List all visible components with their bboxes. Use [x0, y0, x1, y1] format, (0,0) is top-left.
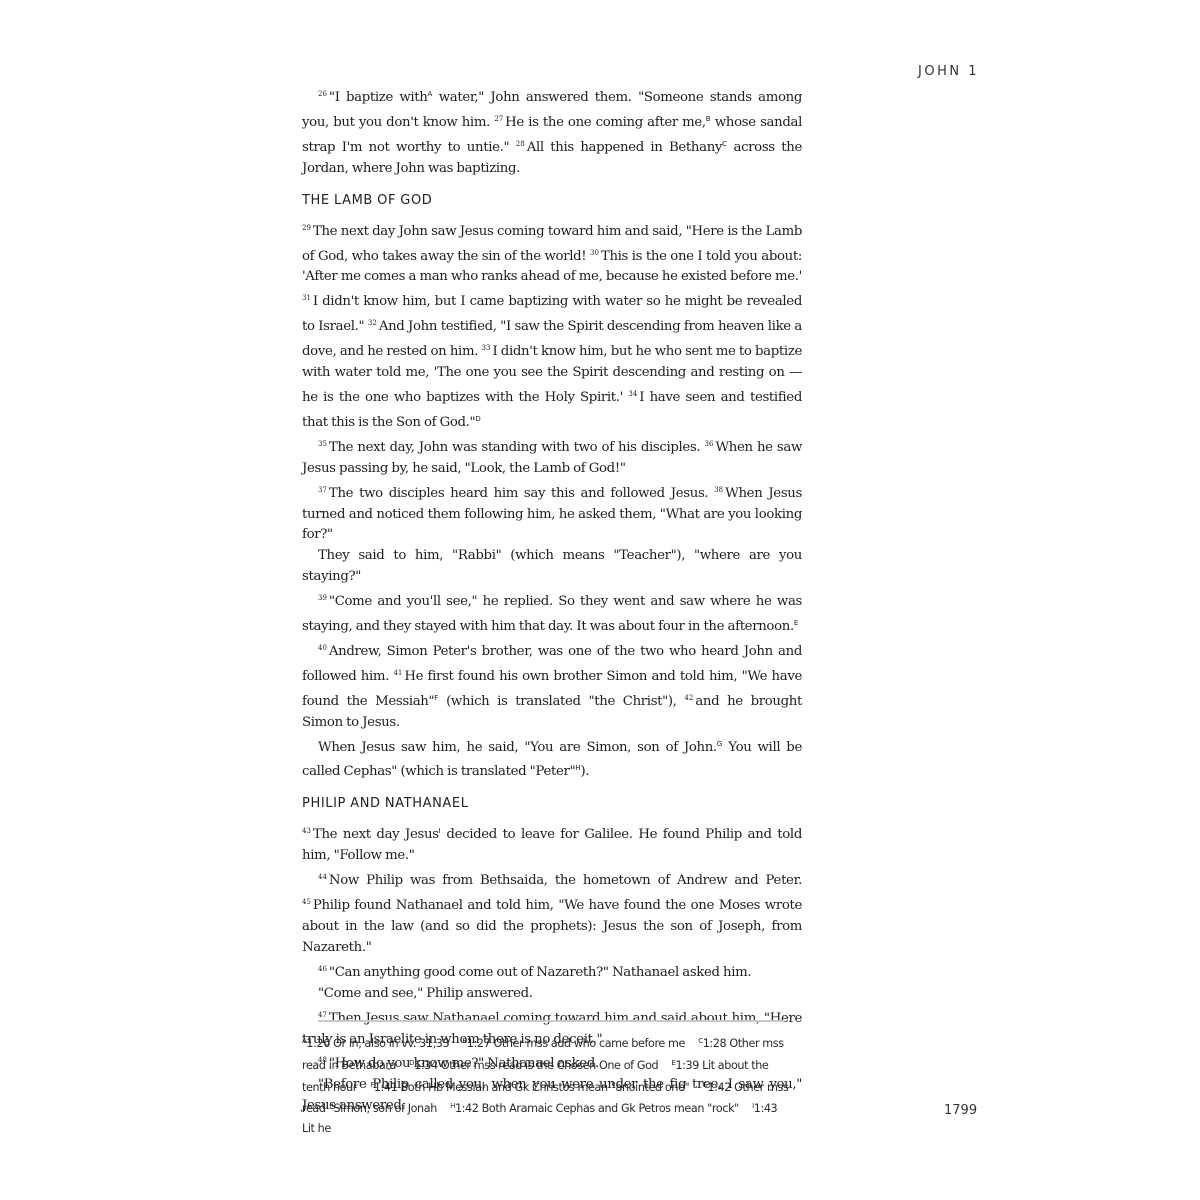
- footnote-ref: 1:39: [675, 1059, 699, 1072]
- footnote: H1:42 Both Aramaic Cephas and Gk Petros …: [450, 1102, 739, 1115]
- footnote-divider: [318, 1020, 784, 1022]
- verse-text: Now Philip was from Bethsaida, the homet…: [329, 873, 802, 888]
- paragraph: 46"Can anything good come out of Nazaret…: [302, 959, 802, 984]
- paragraph: "Come and see," Philip answered.: [302, 984, 802, 1005]
- paragraph: 29The next day John saw Jesus coming tow…: [302, 218, 802, 434]
- verse-text: The next day Jesus: [313, 827, 439, 842]
- verse-number: 45: [302, 898, 311, 906]
- footnote: A1:26 Or in, also in vv. 31,33: [302, 1037, 449, 1050]
- footnote-text: Other mss read is the Chosen One of God: [441, 1059, 658, 1072]
- verse-text: The two disciples heard him say this and…: [329, 486, 714, 501]
- verse-text: The next day, John was standing with two…: [329, 440, 705, 455]
- verse-number: 29: [302, 224, 311, 232]
- footnote-ref: 1:26: [306, 1037, 330, 1050]
- verse-text: "Come and see," Philip answered.: [318, 986, 533, 1001]
- page-number: 1799: [944, 1103, 977, 1118]
- footnote-ref: 1:34: [414, 1059, 438, 1072]
- section-heading-lamb-of-god: THE LAMB OF GOD: [302, 192, 802, 210]
- verse-text: When Jesus saw him, he said, "You are Si…: [318, 740, 717, 755]
- verse-text: ).: [581, 764, 590, 779]
- footnote-marker[interactable]: D: [475, 415, 480, 423]
- section-heading-philip-and-nathanael: PHILIP AND NATHANAEL: [302, 795, 802, 813]
- verse-number: 44: [318, 873, 327, 881]
- verse-number: 31: [302, 294, 311, 302]
- footnote-text: Lit he: [302, 1122, 331, 1135]
- paragraph: 39"Come and you'll see," he replied. So …: [302, 588, 802, 638]
- footnote-ref: 1:41: [374, 1081, 398, 1094]
- verse-number: 35: [318, 440, 327, 448]
- verse-number: 40: [318, 644, 327, 652]
- verse-number: 47: [318, 1011, 327, 1019]
- footnote-text: Or in, also in vv. 31,33: [333, 1037, 449, 1050]
- paragraph: 40Andrew, Simon Peter's brother, was one…: [302, 638, 802, 734]
- footnote-ref: 1:28: [703, 1037, 727, 1050]
- section-lamb-of-god: 29The next day John saw Jesus coming tow…: [302, 218, 802, 784]
- footnote-marker[interactable]: E: [794, 619, 798, 627]
- verse-number: 42: [684, 694, 693, 702]
- paragraph: They said to him, "Rabbi" (which means "…: [302, 546, 802, 588]
- verse-number: 37: [318, 486, 327, 494]
- verse-number: 46: [318, 965, 327, 973]
- verse-number: 39: [318, 594, 327, 602]
- paragraph: 35The next day, John was standing with t…: [302, 434, 802, 480]
- verse-text: "I baptize with: [329, 90, 428, 105]
- verse-number: 43: [302, 827, 311, 835]
- verse-number: 41: [393, 669, 402, 677]
- verse-number: 27: [494, 115, 503, 123]
- verse-text: He is the one coming after me,: [505, 115, 706, 130]
- verse-number: 38: [714, 486, 723, 494]
- paragraph: When Jesus saw him, he said, "You are Si…: [302, 734, 802, 784]
- verse-number: 26: [318, 90, 327, 98]
- footnote: F1:41 Both Hb Messiah and Gk Christos me…: [370, 1081, 689, 1094]
- footnote-ref: 1:42: [707, 1081, 731, 1094]
- footnote-text: Other mss add who came before me: [493, 1037, 685, 1050]
- verse-number: 32: [368, 319, 377, 327]
- paragraph: 43The next day JesusI decided to leave f…: [302, 821, 802, 867]
- footnote: D1:34 Other mss read is the Chosen One o…: [409, 1059, 658, 1072]
- footnotes: A1:26 Or in, also in vv. 31,33 B1:27 Oth…: [302, 1032, 792, 1139]
- verse-text: They said to him, "Rabbi" (which means "…: [302, 548, 802, 584]
- footnote-text: Both Hb Messiah and Gk Christos mean "an…: [401, 1081, 690, 1094]
- verse-number: 33: [482, 344, 491, 352]
- footnote-text: Both Aramaic Cephas and Gk Petros mean "…: [482, 1102, 739, 1115]
- verse-text: "Come and you'll see," he replied. So th…: [302, 594, 802, 634]
- verse-text: "Can anything good come out of Nazareth?…: [329, 965, 751, 980]
- running-head: JOHN 1: [918, 64, 979, 79]
- footnote-ref: 1:27: [467, 1037, 491, 1050]
- verse-text: (which is translated "the Christ"),: [438, 694, 684, 709]
- paragraph: 37The two disciples heard him say this a…: [302, 480, 802, 547]
- verse-number: 34: [628, 390, 637, 398]
- footnote-ref: 1:42: [455, 1102, 479, 1115]
- verse-number: 30: [590, 249, 599, 257]
- verse-number: 36: [705, 440, 714, 448]
- footnote-ref: 1:43: [754, 1102, 778, 1115]
- verse-text: All this happened in Bethany: [527, 140, 722, 155]
- verse-number: 28: [516, 140, 525, 148]
- scripture-column: 26"I baptize withA water," John answered…: [302, 84, 802, 1117]
- paragraph: 44Now Philip was from Bethsaida, the hom…: [302, 867, 802, 959]
- verse-text: Philip found Nathanael and told him, "We…: [302, 898, 802, 955]
- footnote: B1:27 Other mss add who came before me: [462, 1037, 685, 1050]
- intro-paragraph: 26"I baptize withA water," John answered…: [302, 84, 802, 180]
